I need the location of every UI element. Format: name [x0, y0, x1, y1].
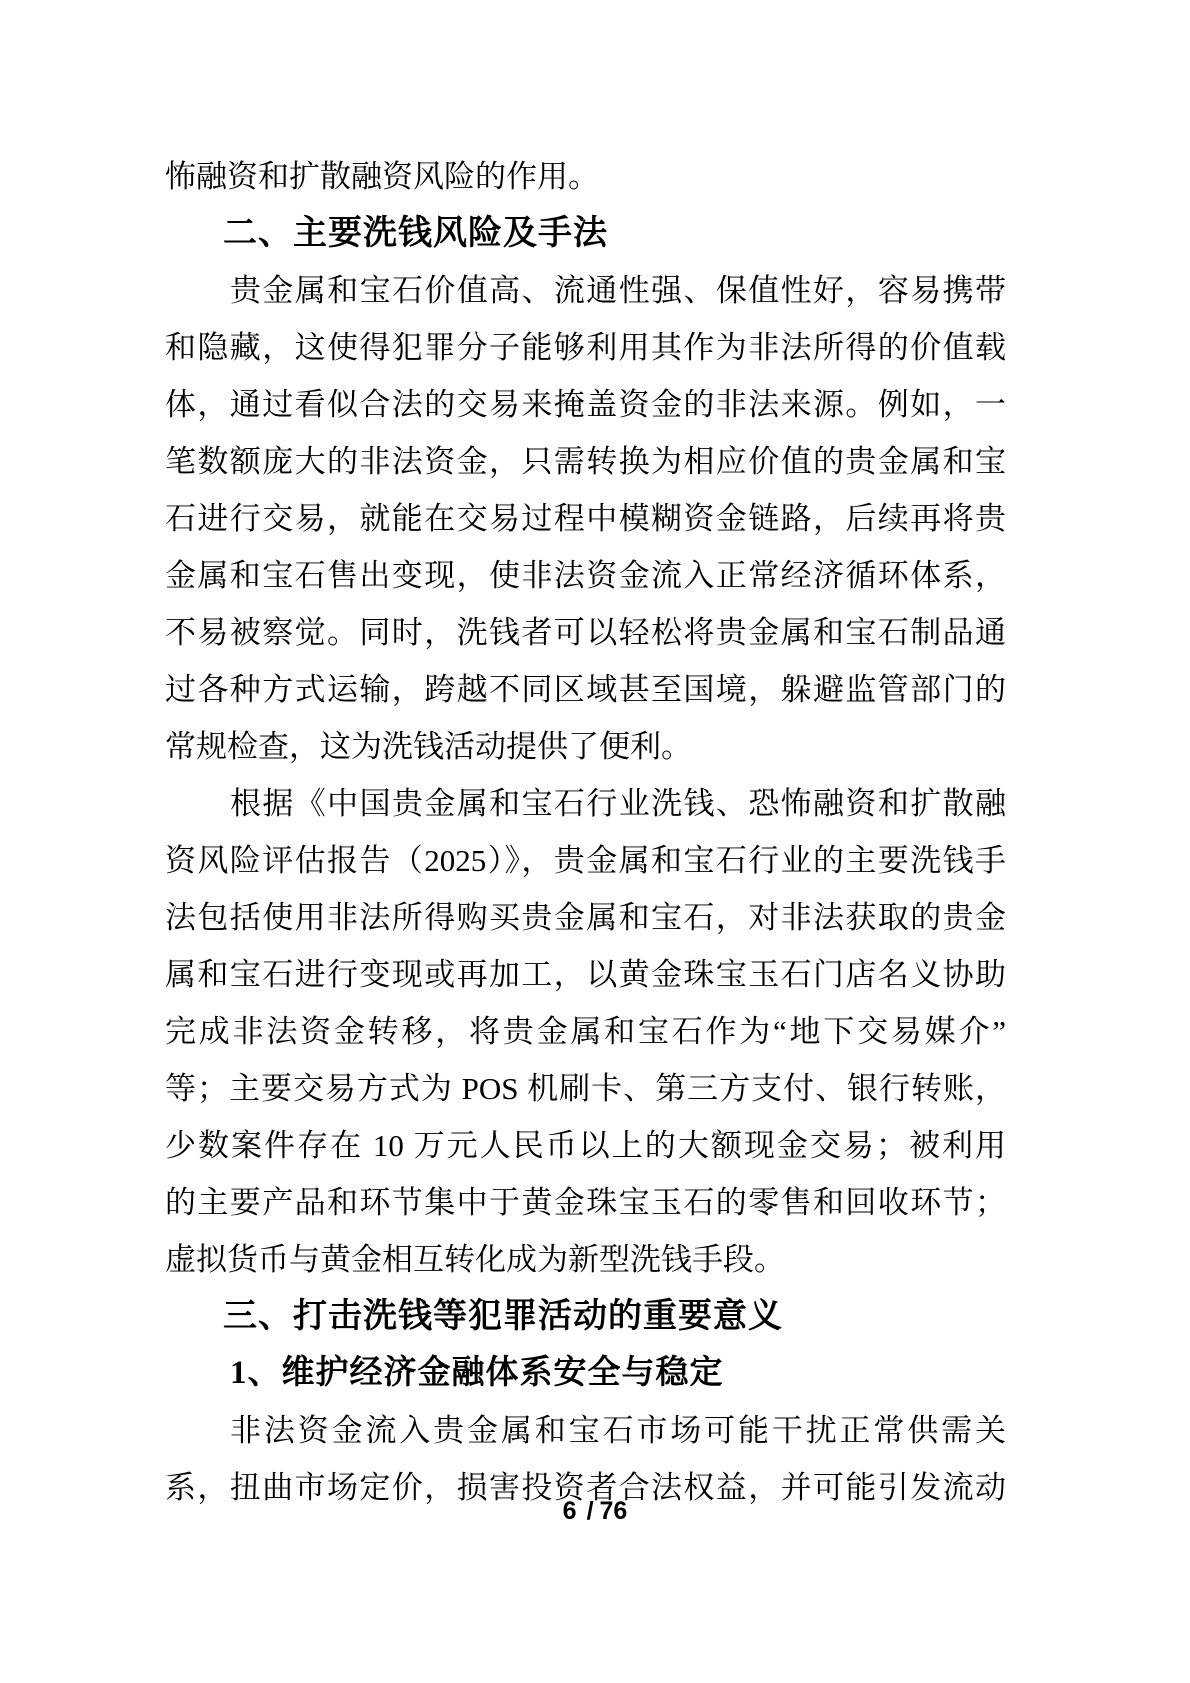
paragraph-line: 体，通过看似合法的交易来掩盖资金的非法来源。例如，一	[165, 376, 1006, 433]
paragraph-line: 属和宝石进行变现或再加工，以黄金珠宝玉石门店名义协助	[165, 946, 1006, 1003]
paragraph-line: 法包括使用非法所得购买贵金属和宝石，对非法获取的贵金	[165, 889, 1006, 946]
paragraph-line: 资风险评估报告（2025）》，贵金属和宝石行业的主要洗钱手	[165, 832, 1006, 889]
paragraph-line: 少数案件存在 10 万元人民币以上的大额现金交易；被利用	[165, 1117, 1006, 1174]
section-heading: 二、主要洗钱风险及手法	[165, 205, 1006, 262]
page-footer: 6/76	[0, 1495, 1190, 1527]
paragraph-line: 等；主要交易方式为 POS 机刷卡、第三方支付、银行转账，	[165, 1060, 1006, 1117]
paragraph: 根据《中国贵金属和宝石行业洗钱、恐怖融资和扩散融资风险评估报告（2025）》，贵…	[165, 775, 1006, 1288]
paragraph-line: 过各种方式运输，跨越不同区域甚至国境，躲避监管部门的	[165, 661, 1006, 718]
paragraph-line: 贵金属和宝石价值高、流通性强、保值性好，容易携带	[165, 262, 1006, 319]
page-number-current: 6	[563, 1497, 577, 1525]
paragraph-line: 的主要产品和环节集中于黄金珠宝玉石的零售和回收环节；	[165, 1174, 1006, 1231]
paragraph-line: 和隐藏，这使得犯罪分子能够利用其作为非法所得的价值载	[165, 319, 1006, 376]
document-content: 怖融资和扩散融资风险的作用。二、主要洗钱风险及手法贵金属和宝石价值高、流通性强、…	[165, 148, 1006, 1516]
paragraph-line: 怖融资和扩散融资风险的作用。	[165, 148, 1006, 205]
section-heading: 三、打击洗钱等犯罪活动的重要意义	[165, 1288, 1006, 1345]
paragraph-line: 笔数额庞大的非法资金，只需转换为相应价值的贵金属和宝	[165, 433, 1006, 490]
page-number-total: 76	[600, 1497, 628, 1525]
paragraph-line: 完成非法资金转移，将贵金属和宝石作为“地下交易媒介”	[165, 1003, 1006, 1060]
paragraph-line: 金属和宝石售出变现，使非法资金流入正常经济循环体系，	[165, 547, 1006, 604]
paragraph-line: 不易被察觉。同时，洗钱者可以轻松将贵金属和宝石制品通	[165, 604, 1006, 661]
sub-heading: 1、维护经济金融体系安全与稳定	[165, 1345, 1006, 1402]
paragraph-line: 常规检查，这为洗钱活动提供了便利。	[165, 718, 1006, 775]
paragraph-line: 根据《中国贵金属和宝石行业洗钱、恐怖融资和扩散融	[165, 775, 1006, 832]
paragraph-line: 石进行交易，就能在交易过程中模糊资金链路，后续再将贵	[165, 490, 1006, 547]
paragraph-line: 虚拟货币与黄金相互转化成为新型洗钱手段。	[165, 1231, 1006, 1288]
document-page: 怖融资和扩散融资风险的作用。二、主要洗钱风险及手法贵金属和宝石价值高、流通性强、…	[0, 0, 1190, 1683]
paragraph: 贵金属和宝石价值高、流通性强、保值性好，容易携带和隐藏，这使得犯罪分子能够利用其…	[165, 262, 1006, 775]
paragraph: 怖融资和扩散融资风险的作用。	[165, 148, 1006, 205]
page-number-separator: /	[587, 1497, 594, 1525]
paragraph-line: 非法资金流入贵金属和宝石市场可能干扰正常供需关	[165, 1402, 1006, 1459]
